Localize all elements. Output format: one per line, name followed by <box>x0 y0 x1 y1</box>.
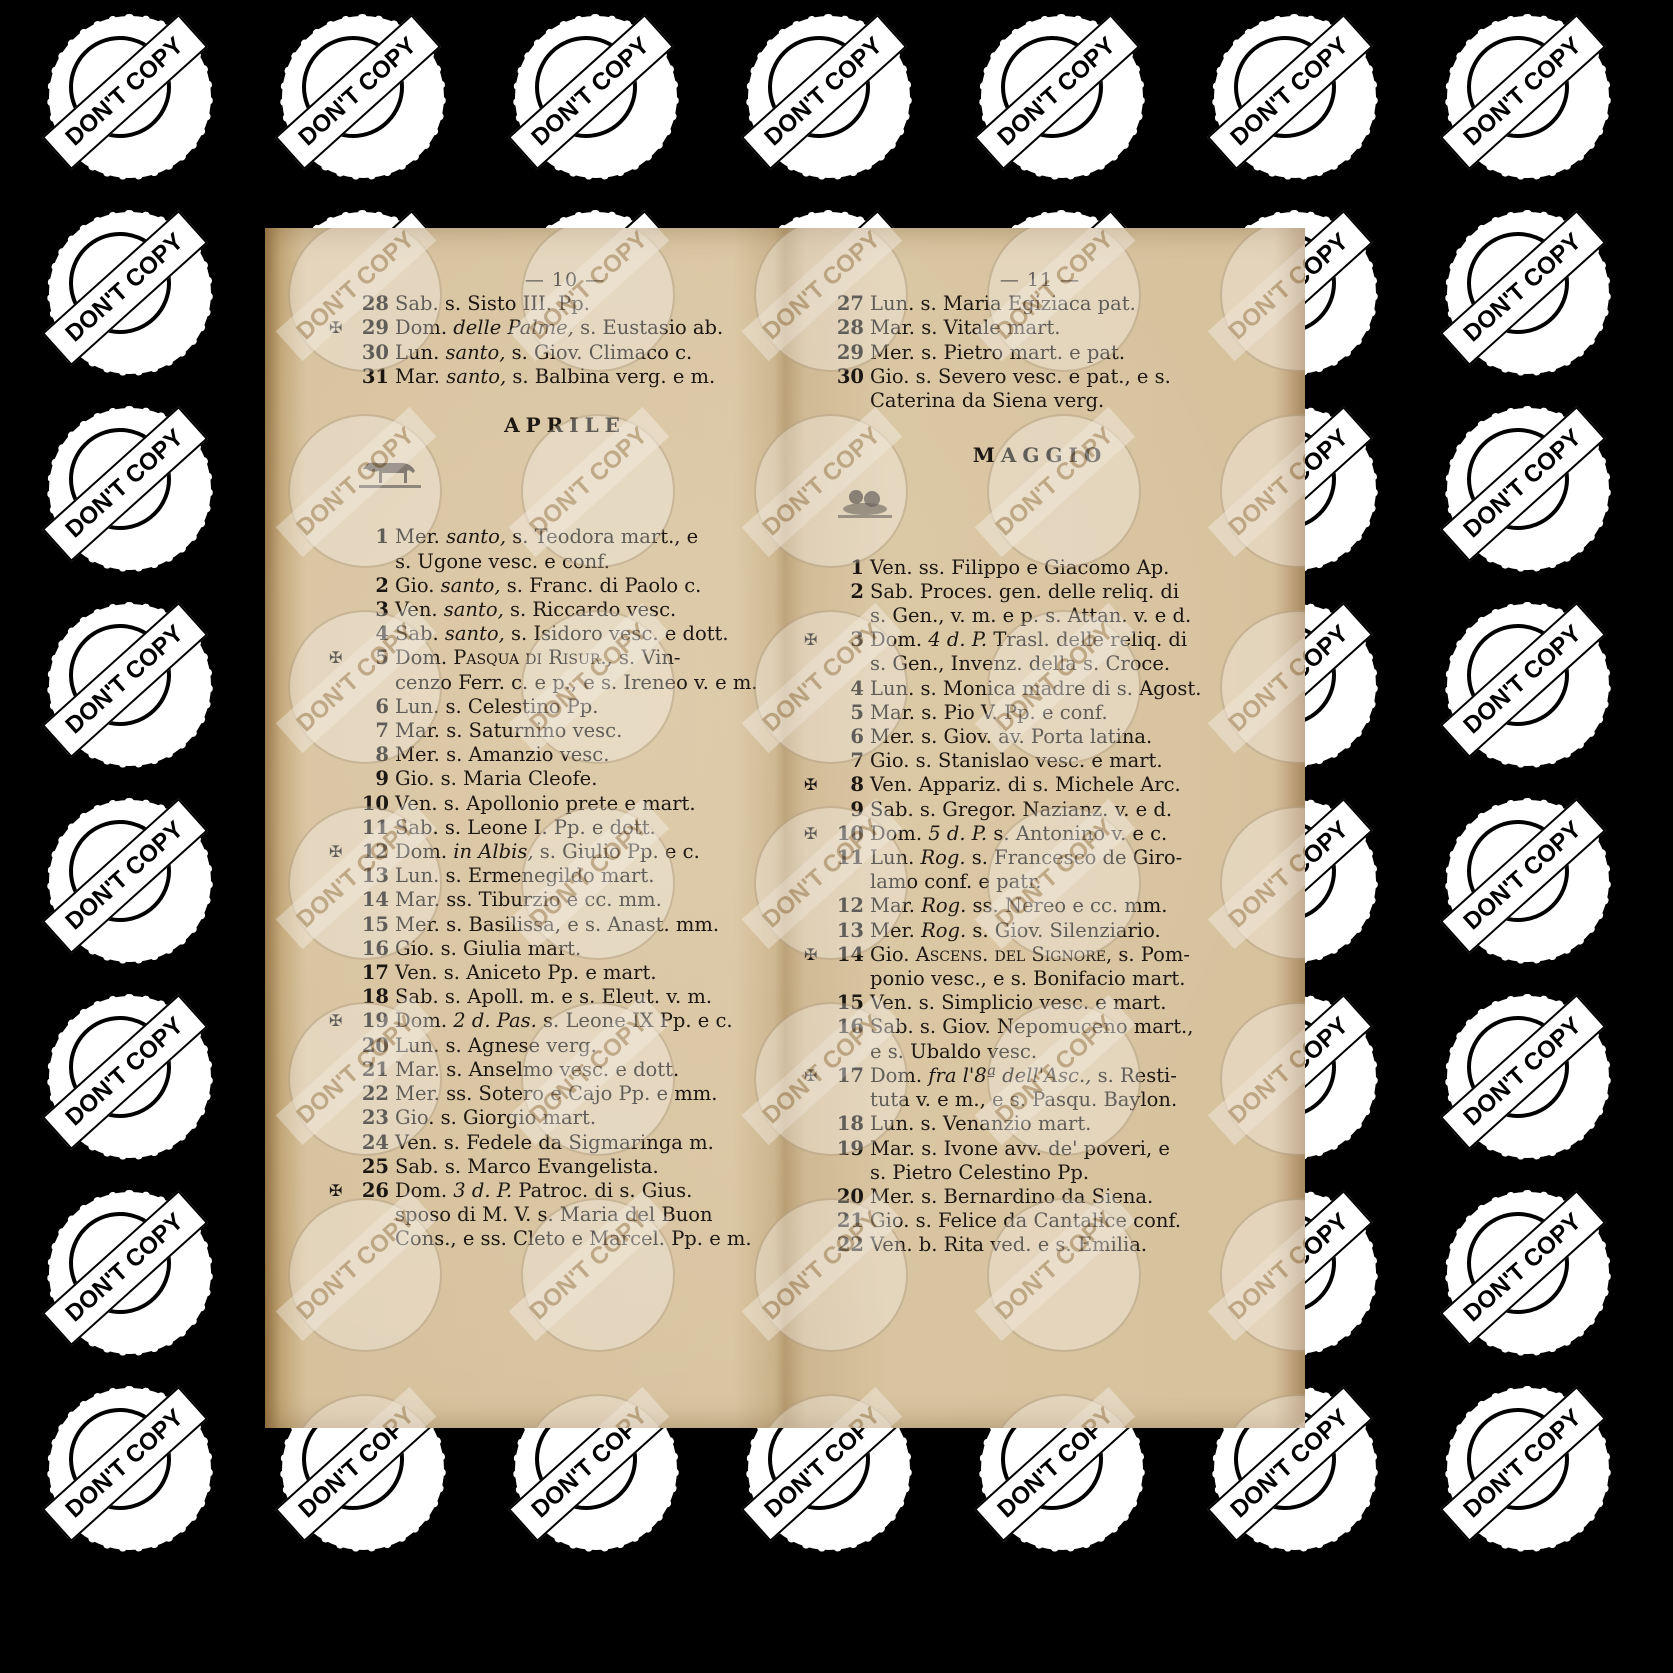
weekday: Ven. <box>395 792 438 815</box>
cross-icon: ✠ <box>804 1064 817 1088</box>
calendar-entry: 4Lun. s. Monica madre di s. Agost. <box>830 677 1250 701</box>
saint-text: s. Franc. di Paolo c. <box>507 574 702 597</box>
calendar-entry: ✠19Dom. 2 d. Pas. s. Leone IX Pp. e c. <box>355 1009 775 1033</box>
calendar-entry: 11Lun. Rog. s. Francesco de Giro- <box>830 846 1250 870</box>
weekday: Lun. <box>870 292 914 315</box>
day-number: 5 <box>355 646 389 670</box>
calendar-entry: 16Gio. s. Giulia mart. <box>355 937 775 961</box>
weekday: Dom. <box>395 646 447 669</box>
day-number: 6 <box>355 695 389 719</box>
dont-copy-stamp-icon: DON'T COPY <box>1443 600 1613 770</box>
feast-italic: 4 d. P. <box>928 628 987 651</box>
saint-text: s. Severo vesc. e pat., e s. <box>916 365 1171 388</box>
saint-text: ss. Tiburzio e cc. mm. <box>446 888 662 911</box>
weekday: Mar. <box>395 888 440 911</box>
feast-italic: santo, <box>441 574 501 597</box>
day-number: 22 <box>355 1082 389 1106</box>
day-number: 12 <box>355 840 389 864</box>
entry-continuation: s. Gen., v. m. e p. s. Attan. v. e d. <box>830 604 1250 628</box>
day-number: 3 <box>830 628 864 652</box>
saint-text: s. Sisto III. Pp. <box>445 292 590 315</box>
weekday: Dom. <box>870 1064 922 1087</box>
saint-text: s. Gregor. Nazianz. v. e d. <box>920 798 1172 821</box>
dont-copy-stamp-icon: DON'T COPY <box>45 12 215 182</box>
dont-copy-stamp-icon: DON'T COPY <box>744 12 914 182</box>
weekday: Lun. <box>395 864 439 887</box>
weekday: Sab. <box>395 292 439 315</box>
dont-copy-stamp-icon: DON'T COPY <box>45 208 215 378</box>
calendar-entry: 11Sab. s. Leone I. Pp. e dott. <box>355 816 775 840</box>
weekday: Lun. <box>870 1112 914 1135</box>
saint-text: s. Giulia mart. <box>441 937 582 960</box>
saint-text: s. Eustasio ab. <box>580 316 723 339</box>
cross-icon: ✠ <box>804 773 817 797</box>
calendar-entry: 16Sab. s. Giov. Nepomuceno mart., <box>830 1015 1250 1039</box>
weekday: Mer. <box>870 341 915 364</box>
calendar-entry: 6Mer. s. Giov. av. Porta latina. <box>830 725 1250 749</box>
calendar-entry: 13Lun. s. Ermenegildo mart. <box>355 864 775 888</box>
saint-text: s. Saturnino vesc. <box>446 719 622 742</box>
feast-italic: santo, <box>444 598 504 621</box>
feast-italic: santo, <box>445 341 505 364</box>
feast-italic: delle Palme, <box>453 316 574 339</box>
day-number: 7 <box>830 749 864 773</box>
weekday: Lun. <box>395 1034 439 1057</box>
day-number: 4 <box>830 677 864 701</box>
day-number: 29 <box>355 316 389 340</box>
day-number: 30 <box>830 365 864 389</box>
saint-text: s. Antonino v. e c. <box>993 822 1167 845</box>
weekday: Gio. <box>395 574 434 597</box>
dont-copy-stamp-icon: DON'T COPY <box>45 1188 215 1358</box>
feast-smallcaps: Ascens. del Signore, <box>916 943 1113 966</box>
weekday: Sab. <box>870 1015 914 1038</box>
calendar-entry: ✠12Dom. in Albis, s. Giulio Pp. e c. <box>355 840 775 864</box>
weekday: Mar. <box>870 316 915 339</box>
calendar-entry: 27Lun. s. Maria Egiziaca pat. <box>830 292 1250 316</box>
saint-text: s. Maria Cleofe. <box>441 767 598 790</box>
march-entries: 28Sab. s. Sisto III. Pp.✠29Dom. delle Pa… <box>355 292 775 389</box>
cross-icon: ✠ <box>804 943 817 967</box>
weekday: Mer. <box>395 743 440 766</box>
weekday: Ven. <box>870 556 913 579</box>
day-number: 23 <box>355 1106 389 1130</box>
saint-text: s. Simplicio vesc. e mart. <box>919 991 1167 1014</box>
saint-text: b. Rita ved. e s. Emilia. <box>919 1233 1147 1256</box>
calendar-entry: 18Lun. s. Venanzio mart. <box>830 1112 1250 1136</box>
entry-continuation: s. Pietro Celestino Pp. <box>830 1161 1250 1185</box>
calendar-entry: 13Mer. Rog. s. Giov. Silenziario. <box>830 919 1250 943</box>
day-number: 5 <box>830 701 864 725</box>
day-number: 1 <box>830 556 864 580</box>
calendar-entry: 17Ven. s. Aniceto Pp. e mart. <box>355 961 775 985</box>
calendar-entry: 20Lun. s. Agnese verg. <box>355 1034 775 1058</box>
feast-italic: santo, <box>445 622 505 645</box>
day-number: 17 <box>355 961 389 985</box>
dont-copy-stamp-icon: DON'T COPY <box>1443 12 1613 182</box>
feast-italic: fra l'8ª dell'Asc., <box>928 1064 1091 1087</box>
saint-text: s. Pom- <box>1118 943 1190 966</box>
entry-continuation: tuta v. e m., e s. Pasqu. Baylon. <box>830 1088 1250 1112</box>
weekday: Lun. <box>395 341 439 364</box>
dont-copy-stamp-icon: DON'T COPY <box>1443 1384 1613 1554</box>
calendar-entry: 24Ven. s. Fedele da Sigmaringa m. <box>355 1131 775 1155</box>
dont-copy-stamp-icon: DON'T COPY <box>45 600 215 770</box>
day-number: 6 <box>830 725 864 749</box>
saint-text: s. Anselmo vesc. e dott. <box>446 1058 679 1081</box>
weekday: Mer. <box>395 525 440 548</box>
calendar-entry: 28Sab. s. Sisto III. Pp. <box>355 292 775 316</box>
calendar-entry: 9Gio. s. Maria Cleofe. <box>355 767 775 791</box>
dont-copy-stamp-icon: DON'T COPY <box>45 1384 215 1554</box>
dont-copy-stamp-icon: DON'T COPY <box>45 992 215 1162</box>
entry-continuation: cenzo Ferr. c. e p., e s. Ireneo v. e m. <box>355 671 775 695</box>
dont-copy-stamp-icon: DON'T COPY <box>1443 404 1613 574</box>
saint-text: s. Giov. Silenziario. <box>972 919 1160 942</box>
saint-text: s. Ermenegildo mart. <box>445 864 654 887</box>
day-number: 17 <box>830 1064 864 1088</box>
day-number: 15 <box>355 913 389 937</box>
day-number: 26 <box>355 1179 389 1203</box>
calendar-entry: ✠14Gio. Ascens. del Signore, s. Pom- <box>830 943 1250 967</box>
dont-copy-stamp-icon: DON'T COPY <box>511 12 681 182</box>
day-number: 27 <box>830 292 864 316</box>
calendar-entry: 25Sab. s. Marco Evangelista. <box>355 1155 775 1179</box>
calendar-entry: ✠10Dom. 5 d. P. s. Antonino v. e c. <box>830 822 1250 846</box>
saint-text: s. Maria Egiziaca pat. <box>920 292 1135 315</box>
weekday: Lun. <box>870 677 914 700</box>
booklet-spread: — 10 — 28Sab. s. Sisto III. Pp.✠29Dom. d… <box>265 228 1305 1428</box>
saint-text: s. Apollonio prete e mart. <box>444 792 696 815</box>
cross-icon: ✠ <box>804 628 817 652</box>
saint-text: ss. Sotero e Cajo Pp. e mm. <box>446 1082 717 1105</box>
feast-italic: 5 d. P. <box>928 822 987 845</box>
saint-text: s. Aniceto Pp. e mart. <box>444 961 657 984</box>
calendar-entry: 30Gio. s. Severo vesc. e pat., e s. <box>830 365 1250 389</box>
saint-text: Proces. gen. delle reliq. di <box>920 580 1179 603</box>
dont-copy-stamp-icon: DON'T COPY <box>1210 12 1380 182</box>
saint-text: s. Leone I. Pp. e dott. <box>445 816 656 839</box>
weekday: Ven. <box>870 991 913 1014</box>
day-number: 8 <box>355 743 389 767</box>
day-number: 24 <box>355 1131 389 1155</box>
calendar-entry: 4Sab. santo, s. Isidoro vesc. e dott. <box>355 622 775 646</box>
day-number: 13 <box>355 864 389 888</box>
april-tail-entries: 27Lun. s. Maria Egiziaca pat.28Mar. s. V… <box>830 292 1250 413</box>
saint-text: s. Agnese verg. <box>445 1034 596 1057</box>
weekday: Mar. <box>395 719 440 742</box>
calendar-entry: 28Mar. s. Vitale mart. <box>830 316 1250 340</box>
weekday: Sab. <box>395 622 439 645</box>
calendar-entry: 31Mar. santo, s. Balbina verg. e m. <box>355 365 775 389</box>
calendar-entry: 22Mer. ss. Sotero e Cajo Pp. e mm. <box>355 1082 775 1106</box>
day-number: 21 <box>355 1058 389 1082</box>
day-number: 22 <box>830 1233 864 1257</box>
weekday: Mer. <box>870 1185 915 1208</box>
weekday: Sab. <box>870 798 914 821</box>
saint-text: s. Monica madre di s. Agost. <box>920 677 1201 700</box>
day-number: 1 <box>355 525 389 549</box>
calendar-entry: ✠5Dom. Pasqua di Risur., s. Vin- <box>355 646 775 670</box>
saint-text: s. Venanzio mart. <box>920 1112 1091 1135</box>
entry-continuation: ponio vesc., e s. Bonifacio mart. <box>830 967 1250 991</box>
month-title: APRILE <box>355 413 775 437</box>
saint-text: ss. Nereo e cc. mm. <box>973 894 1168 917</box>
day-number: 9 <box>830 798 864 822</box>
saint-text: s. Fedele da Sigmaringa m. <box>444 1131 714 1154</box>
saint-text: s. Giov. Nepomuceno mart., <box>920 1015 1194 1038</box>
day-number: 19 <box>830 1137 864 1161</box>
day-number: 29 <box>830 341 864 365</box>
feast-italic: in Albis, <box>453 840 533 863</box>
cross-icon: ✠ <box>329 646 342 670</box>
weekday: Sab. <box>870 580 914 603</box>
calendar-entry: 18Sab. s. Apoll. m. e s. Eleut. v. m. <box>355 985 775 1009</box>
entry-continuation: e s. Ubaldo vesc. <box>830 1040 1250 1064</box>
day-number: 14 <box>830 943 864 967</box>
dont-copy-stamp-icon: DON'T COPY <box>1443 796 1613 966</box>
calendar-entry: 6Lun. s. Celestino Pp. <box>355 695 775 719</box>
day-number: 21 <box>830 1209 864 1233</box>
saint-text: s. Balbina verg. e m. <box>512 365 715 388</box>
feast-smallcaps: Pasqua di Risur., <box>453 646 612 669</box>
calendar-entry: 5Mar. s. Pio V. Pp. e conf. <box>830 701 1250 725</box>
feast-italic: Rog. <box>921 894 966 917</box>
calendar-entry: 9Sab. s. Gregor. Nazianz. v. e d. <box>830 798 1250 822</box>
calendar-entry: 21Gio. s. Felice da Cantalice conf. <box>830 1209 1250 1233</box>
day-number: 18 <box>830 1112 864 1136</box>
calendar-entry: 15Ven. s. Simplicio vesc. e mart. <box>830 991 1250 1015</box>
cross-icon: ✠ <box>329 840 342 864</box>
dont-copy-stamp-icon: DON'T COPY <box>977 12 1147 182</box>
april-entries: 1Mer. santo, s. Teodora mart., es. Ugone… <box>355 525 775 1251</box>
calendar-entry: ✠3Dom. 4 d. P. Trasl. delle reliq. di <box>830 628 1250 652</box>
entry-continuation: lamo conf. e patr. <box>830 870 1250 894</box>
feast-italic: 2 d. Pas. <box>453 1009 537 1032</box>
entry-continuation: Cons., e ss. Cleto e Marcel. Pp. e m. <box>355 1227 775 1251</box>
weekday: Sab. <box>395 1155 439 1178</box>
dont-copy-stamp-icon: DON'T COPY <box>1443 992 1613 1162</box>
feast-italic: santo, <box>446 525 506 548</box>
feast-italic: 3 d. P. <box>453 1179 512 1202</box>
day-number: 20 <box>830 1185 864 1209</box>
day-number: 7 <box>355 719 389 743</box>
cross-icon: ✠ <box>329 316 342 340</box>
weekday: Lun. <box>870 846 914 869</box>
dont-copy-stamp-icon: DON'T COPY <box>1443 1188 1613 1358</box>
weekday: Gio. <box>870 365 909 388</box>
calendar-entry: 3Ven. santo, s. Riccardo vesc. <box>355 598 775 622</box>
feast-italic: Rog. <box>921 919 966 942</box>
saint-text: ss. Filippo e Giacomo Ap. <box>919 556 1170 579</box>
dont-copy-stamp-icon: DON'T COPY <box>45 404 215 574</box>
dont-copy-stamp-icon: DON'T COPY <box>1443 208 1613 378</box>
entry-continuation: Caterina da Siena verg. <box>830 389 1250 413</box>
left-page: — 10 — 28Sab. s. Sisto III. Pp.✠29Dom. d… <box>355 268 775 1252</box>
weekday: Mar. <box>395 1058 440 1081</box>
saint-text: s. Francesco de Giro- <box>972 846 1182 869</box>
page-number: — 11 — <box>830 268 1250 292</box>
day-number: 16 <box>355 937 389 961</box>
saint-text: s. Amanzio vesc. <box>446 743 609 766</box>
calendar-entry: 12Mar. Rog. ss. Nereo e cc. mm. <box>830 894 1250 918</box>
cross-icon: ✠ <box>804 822 817 846</box>
saint-text: s. Giulio Pp. e c. <box>540 840 700 863</box>
weekday: Ven. <box>395 598 438 621</box>
calendar-entry: 21Mar. s. Anselmo vesc. e dott. <box>355 1058 775 1082</box>
saint-text: s. Basilissa, e s. Anast. mm. <box>446 913 719 936</box>
calendar-entry: 2Gio. santo, s. Franc. di Paolo c. <box>355 574 775 598</box>
calendar-entry: ✠17Dom. fra l'8ª dell'Asc., s. Resti- <box>830 1064 1250 1088</box>
weekday: Mar. <box>395 365 440 388</box>
weekday: Ven. <box>870 773 913 796</box>
page-number: — 10 — <box>355 268 775 292</box>
day-number: 28 <box>830 316 864 340</box>
calendar-entry: 20Mer. s. Bernardino da Siena. <box>830 1185 1250 1209</box>
saint-text: s. Riccardo vesc. <box>510 598 676 621</box>
weekday: Gio. <box>395 937 434 960</box>
day-number: 16 <box>830 1015 864 1039</box>
weekday: Ven. <box>870 1233 913 1256</box>
day-number: 2 <box>355 574 389 598</box>
month-title: MAGGIO <box>830 443 1250 467</box>
calendar-entry: 10Ven. s. Apollonio prete e mart. <box>355 792 775 816</box>
day-number: 11 <box>355 816 389 840</box>
calendar-entry: 19Mar. s. Ivone avv. de' poveri, e <box>830 1137 1250 1161</box>
calendar-entry: 8Mer. s. Amanzio vesc. <box>355 743 775 767</box>
dont-copy-stamp-icon: DON'T COPY <box>45 796 215 966</box>
saint-text: s. Apoll. m. e s. Eleut. v. m. <box>445 985 712 1008</box>
day-number: 15 <box>830 991 864 1015</box>
day-number: 13 <box>830 919 864 943</box>
saint-text: s. Bernardino da Siena. <box>921 1185 1153 1208</box>
weekday: Gio. <box>870 1209 909 1232</box>
weekday: Mer. <box>395 1082 440 1105</box>
weekday: Dom. <box>395 1009 447 1032</box>
calendar-entry: ✠26Dom. 3 d. P. Patroc. di s. Gius. <box>355 1179 775 1203</box>
saint-text: s. Ivone avv. de' poveri, e <box>921 1137 1170 1160</box>
saint-text: Trasl. delle reliq. di <box>993 628 1187 651</box>
weekday: Dom. <box>395 1179 447 1202</box>
day-number: 25 <box>355 1155 389 1179</box>
calendar-entry: 14Mar. ss. Tiburzio e cc. mm. <box>355 888 775 912</box>
saint-text: s. Pio V. Pp. e conf. <box>921 701 1107 724</box>
weekday: Gio. <box>870 943 909 966</box>
calendar-entry: 30Lun. santo, s. Giov. Climaco c. <box>355 341 775 365</box>
weekday: Lun. <box>395 695 439 718</box>
dont-copy-stamp-icon: DON'T COPY <box>278 12 448 182</box>
weekday: Ven. <box>395 961 438 984</box>
entry-continuation: sposo di M. V. s. Maria del Buon <box>355 1203 775 1227</box>
saint-text: s. Vin- <box>619 646 681 669</box>
day-number: 10 <box>355 792 389 816</box>
day-number: 11 <box>830 846 864 870</box>
weekday: Mar. <box>870 701 915 724</box>
saint-text: Appariz. di s. Michele Arc. <box>919 773 1181 796</box>
day-number: 20 <box>355 1034 389 1058</box>
calendar-entry: 2Sab. Proces. gen. delle reliq. di <box>830 580 1250 604</box>
saint-text: s. Stanislao vesc. e mart. <box>916 749 1163 772</box>
day-number: 3 <box>355 598 389 622</box>
calendar-entry: 23Gio. s. Giorgio mart. <box>355 1106 775 1130</box>
feast-italic: Rog. <box>920 846 965 869</box>
day-number: 28 <box>355 292 389 316</box>
cross-icon: ✠ <box>329 1009 342 1033</box>
saint-text: s. Leone IX Pp. e c. <box>543 1009 733 1032</box>
saint-text: s. Resti- <box>1098 1064 1177 1087</box>
day-number: 8 <box>830 773 864 797</box>
weekday: Dom. <box>395 840 447 863</box>
saint-text: s. Isidoro vesc. e dott. <box>511 622 729 645</box>
weekday: Dom. <box>395 316 447 339</box>
cross-icon: ✠ <box>329 1179 342 1203</box>
calendar-entry: 15Mer. s. Basilissa, e s. Anast. mm. <box>355 913 775 937</box>
weekday: Mar. <box>870 1137 915 1160</box>
feast-italic: santo, <box>446 365 506 388</box>
saint-text: s. Vitale mart. <box>921 316 1060 339</box>
weekday: Ven. <box>395 1131 438 1154</box>
weekday: Mer. <box>870 919 915 942</box>
weekday: Gio. <box>395 767 434 790</box>
entry-continuation: s. Gen., Invenz. della s. Croce. <box>830 652 1250 676</box>
saint-text: s. Giov. Climaco c. <box>512 341 693 364</box>
weekday: Dom. <box>870 628 922 651</box>
day-number: 14 <box>355 888 389 912</box>
saint-text: s. Marco Evangelista. <box>445 1155 659 1178</box>
calendar-entry: 1Mer. santo, s. Teodora mart., e <box>355 525 775 549</box>
calendar-entry: 7Mar. s. Saturnino vesc. <box>355 719 775 743</box>
day-number: 9 <box>355 767 389 791</box>
saint-text: s. Pietro mart. e pat. <box>921 341 1125 364</box>
day-number: 4 <box>355 622 389 646</box>
day-number: 12 <box>830 894 864 918</box>
calendar-entry: 22Ven. b. Rita ved. e s. Emilia. <box>830 1233 1250 1257</box>
day-number: 19 <box>355 1009 389 1033</box>
weekday: Mer. <box>395 913 440 936</box>
day-number: 10 <box>830 822 864 846</box>
may-entries: 1Ven. ss. Filippo e Giacomo Ap.2Sab. Pro… <box>830 556 1250 1258</box>
saint-text: s. Giov. av. Porta latina. <box>921 725 1152 748</box>
entry-continuation: s. Ugone vesc. e conf. <box>355 550 775 574</box>
cherubs-icon <box>830 481 900 521</box>
bull-icon <box>355 451 425 491</box>
day-number: 30 <box>355 341 389 365</box>
day-number: 2 <box>830 580 864 604</box>
weekday: Mer. <box>870 725 915 748</box>
calendar-entry: ✠29Dom. delle Palme, s. Eustasio ab. <box>355 316 775 340</box>
right-page: — 11 — 27Lun. s. Maria Egiziaca pat.28Ma… <box>830 268 1250 1258</box>
saint-text: s. Felice da Cantalice conf. <box>916 1209 1182 1232</box>
saint-text: s. Teodora mart., e <box>512 525 698 548</box>
weekday: Sab. <box>395 985 439 1008</box>
weekday: Gio. <box>870 749 909 772</box>
calendar-entry: 29Mer. s. Pietro mart. e pat. <box>830 341 1250 365</box>
saint-text: s. Giorgio mart. <box>441 1106 596 1129</box>
day-number: 18 <box>355 985 389 1009</box>
weekday: Sab. <box>395 816 439 839</box>
calendar-entry: 1Ven. ss. Filippo e Giacomo Ap. <box>830 556 1250 580</box>
weekday: Gio. <box>395 1106 434 1129</box>
day-number: 31 <box>355 365 389 389</box>
saint-text: s. Celestino Pp. <box>445 695 598 718</box>
weekday: Mar. <box>870 894 915 917</box>
calendar-entry: ✠8Ven. Appariz. di s. Michele Arc. <box>830 773 1250 797</box>
calendar-entry: 7Gio. s. Stanislao vesc. e mart. <box>830 749 1250 773</box>
weekday: Dom. <box>870 822 922 845</box>
saint-text: Patroc. di s. Gius. <box>518 1179 692 1202</box>
